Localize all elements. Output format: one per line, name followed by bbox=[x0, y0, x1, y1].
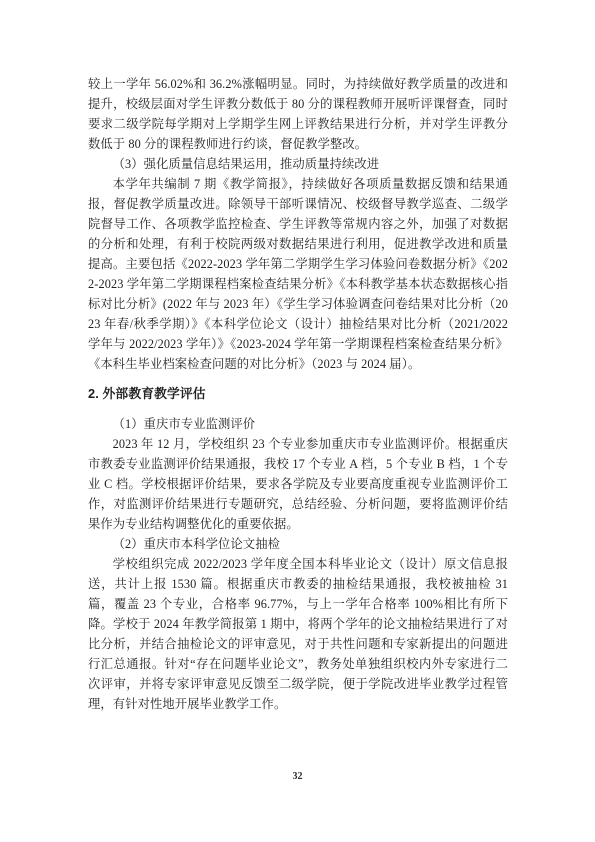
paragraph: （2）重庆市本科学位论文抽检 bbox=[88, 534, 508, 554]
section-heading: 2. 外部教育教学评估 bbox=[88, 384, 508, 404]
paragraph: （1）重庆市专业监测评价 bbox=[88, 414, 508, 434]
paragraph: 本学年共编制 7 期《教学简报》，持续做好各项质量数据反馈和结果通报，督促教学质… bbox=[88, 174, 508, 374]
paragraph: （3）强化质量信息结果运用，推动质量持续改进 bbox=[88, 154, 508, 174]
page-number: 32 bbox=[0, 770, 595, 784]
document-content: 较上一学年 56.02%和 36.2%涨幅明显。同时，为持续做好教学质量的改进和… bbox=[88, 74, 508, 714]
paragraph: 较上一学年 56.02%和 36.2%涨幅明显。同时，为持续做好教学质量的改进和… bbox=[88, 74, 508, 154]
paragraph: 2023 年 12 月，学校组织 23 个专业参加重庆市专业监测评价。根据重庆市… bbox=[88, 434, 508, 534]
paragraph: 学校组织完成 2022/2023 学年度全国本科毕业论文（设计）原文信息报送，共… bbox=[88, 554, 508, 714]
document-page: 较上一学年 56.02%和 36.2%涨幅明显。同时，为持续做好教学质量的改进和… bbox=[0, 0, 595, 842]
